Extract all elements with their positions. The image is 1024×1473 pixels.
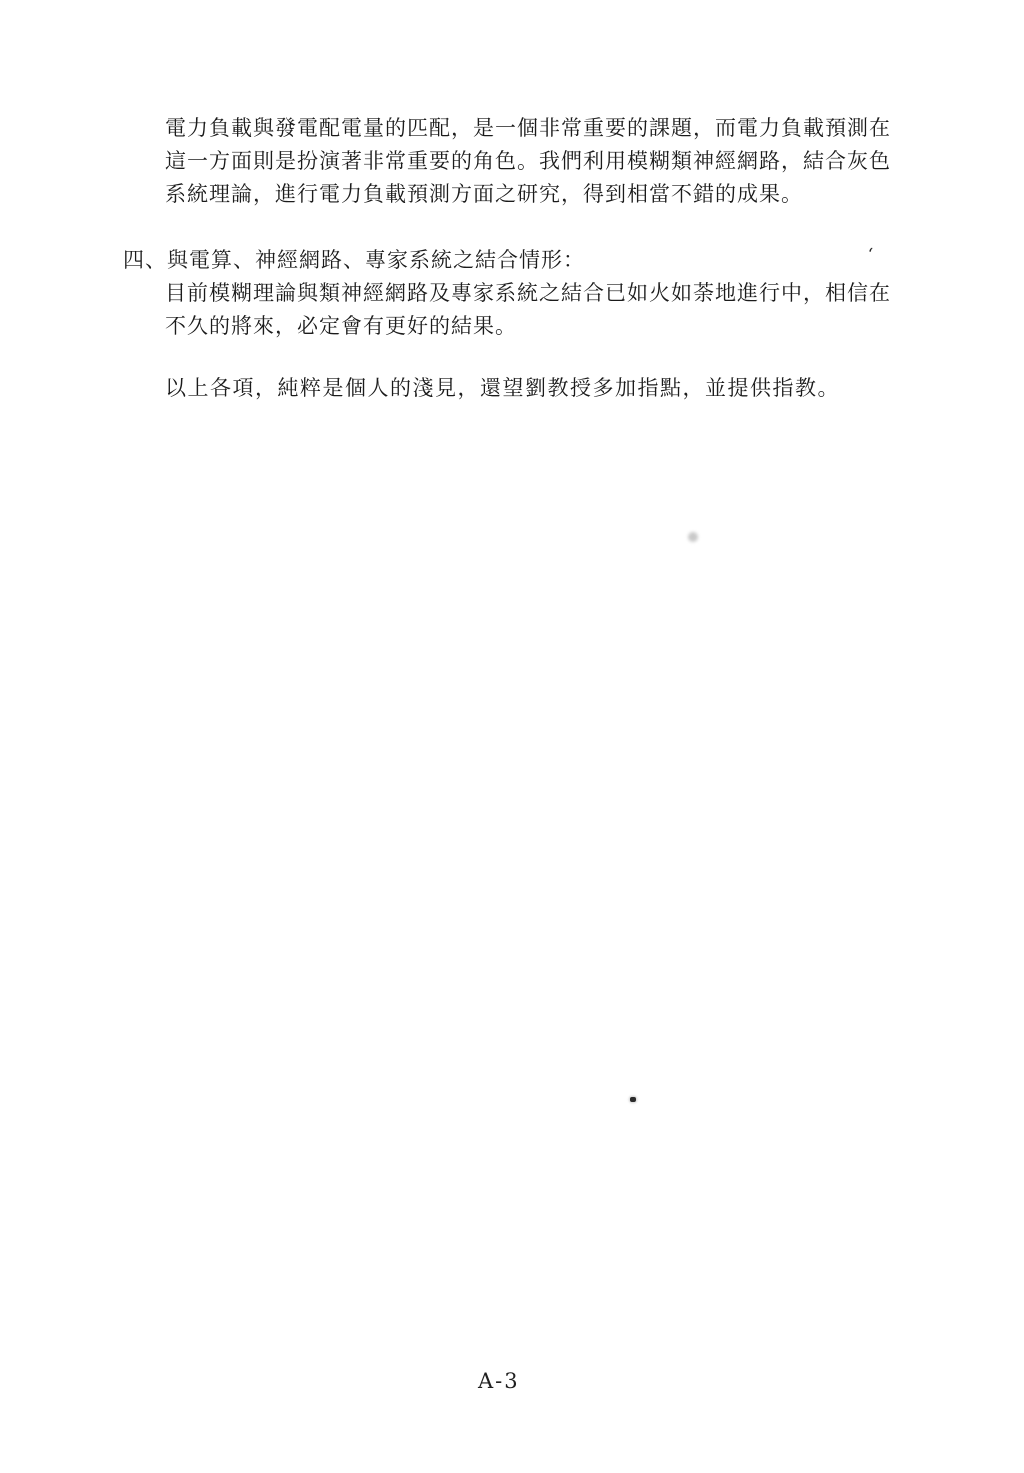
text-line: 這一方面則是扮演著非常重要的角色。我們利用模糊類神經網路，結合灰色: [165, 145, 877, 178]
text-line: 目前模糊理論與類神經網路及專家系統之結合已如火如荼地進行中，相信在: [123, 277, 883, 310]
intro-paragraph: 電力負載與發電配電量的匹配，是一個非常重要的課題，而電力負載預測在 這一方面則是…: [165, 112, 877, 211]
text-line: 系統理論，進行電力負載預測方面之研究，得到相當不錯的成果。: [165, 178, 877, 211]
section-four-heading: 四、與電算、神經網路、專家系統之結合情形：: [123, 244, 883, 277]
text-line: 電力負載與發電配電量的匹配，是一個非常重要的課題，而電力負載預測在: [165, 112, 877, 145]
scanned-document-page: 電力負載與發電配電量的匹配，是一個非常重要的課題，而電力負載預測在 這一方面則是…: [0, 0, 1024, 1473]
section-four: 四、與電算、神經網路、專家系統之結合情形： 目前模糊理論與類神經網路及專家系統之…: [123, 244, 883, 343]
text-line: 不久的將來，必定會有更好的結果。: [123, 310, 883, 343]
scan-speck: [630, 1097, 636, 1102]
page-number: A-3: [478, 1369, 520, 1393]
text-line: 以上各項，純粹是個人的淺見，還望劉教授多加指點，並提供指教。: [165, 372, 877, 405]
closing-paragraph: 以上各項，純粹是個人的淺見，還望劉教授多加指點，並提供指教。: [165, 372, 877, 405]
scan-smudge: [688, 532, 698, 542]
